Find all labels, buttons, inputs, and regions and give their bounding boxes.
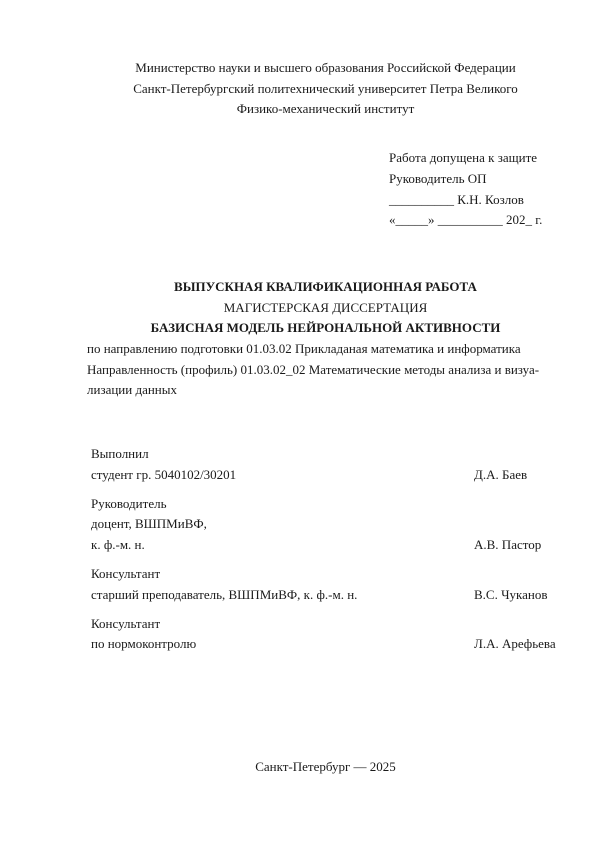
city-year: Санкт-Петербург — 2025 [0, 757, 595, 777]
signature-degree: к. ф.-м. н. [91, 537, 145, 552]
signatures-block: Выполнил студент гр. 5040102/30201 Д.А. … [91, 444, 571, 663]
signature-role: Руководитель [91, 496, 167, 511]
title-page: Министерство науки и высшего образования… [0, 0, 595, 841]
direction-line: по направлению подготовки 01.03.02 Прикл… [87, 339, 565, 360]
institute-line: Физико-механический институт [56, 99, 595, 120]
signature-position: по нормоконтролю [91, 636, 196, 651]
signature-consultant: Консультант старший преподаватель, ВШПМи… [91, 564, 571, 606]
profile-line-continued: лизации данных [87, 380, 565, 401]
study-direction: по направлению подготовки 01.03.02 Прикл… [87, 339, 565, 401]
approval-block: Работа допущена к защите Руководитель ОП… [389, 148, 542, 231]
approval-date: «_____» __________ 202_ г. [389, 210, 542, 231]
signature-name: А.В. Пастор [474, 535, 541, 556]
ministry-line: Министерство науки и высшего образования… [56, 58, 595, 79]
thesis-topic: БАЗИСНАЯ МОДЕЛЬ НЕЙРОНАЛЬНОЙ АКТИВНОСТИ [56, 318, 595, 339]
signature-name: Л.А. Арефьева [474, 634, 556, 655]
institution-header: Министерство науки и высшего образования… [0, 58, 595, 120]
signature-name: В.С. Чуканов [474, 585, 548, 606]
university-line: Санкт-Петербургский политехнический унив… [56, 79, 595, 100]
signature-position: студент гр. 5040102/30201 [91, 467, 236, 482]
degree-type: МАГИСТЕРСКАЯ ДИССЕРТАЦИЯ [56, 298, 595, 319]
signature-name: Д.А. Баев [474, 465, 527, 486]
work-type: ВЫПУСКНАЯ КВАЛИФИКАЦИОННАЯ РАБОТА [56, 277, 595, 298]
signature-supervisor: Руководитель доцент, ВШПМиВФ, к. ф.-м. н… [91, 494, 571, 556]
approval-heading: Работа допущена к защите [389, 148, 542, 169]
signature-role: Консультант [91, 566, 160, 581]
approval-role: Руководитель ОП [389, 169, 542, 190]
signature-role: Выполнил [91, 446, 149, 461]
signature-position: старший преподаватель, ВШПМиВФ, к. ф.-м.… [91, 587, 357, 602]
signature-role: Консультант [91, 616, 160, 631]
signature-position: доцент, ВШПМиВФ, [91, 516, 207, 531]
signature-norm-control: Консультант по нормоконтролю Л.А. Арефье… [91, 614, 571, 656]
profile-line: Направленность (профиль) 01.03.02_02 Мат… [87, 360, 565, 381]
approval-signature: __________ К.Н. Козлов [389, 190, 542, 211]
thesis-title-block: ВЫПУСКНАЯ КВАЛИФИКАЦИОННАЯ РАБОТА МАГИСТ… [0, 277, 595, 339]
signature-student: Выполнил студент гр. 5040102/30201 Д.А. … [91, 444, 571, 486]
